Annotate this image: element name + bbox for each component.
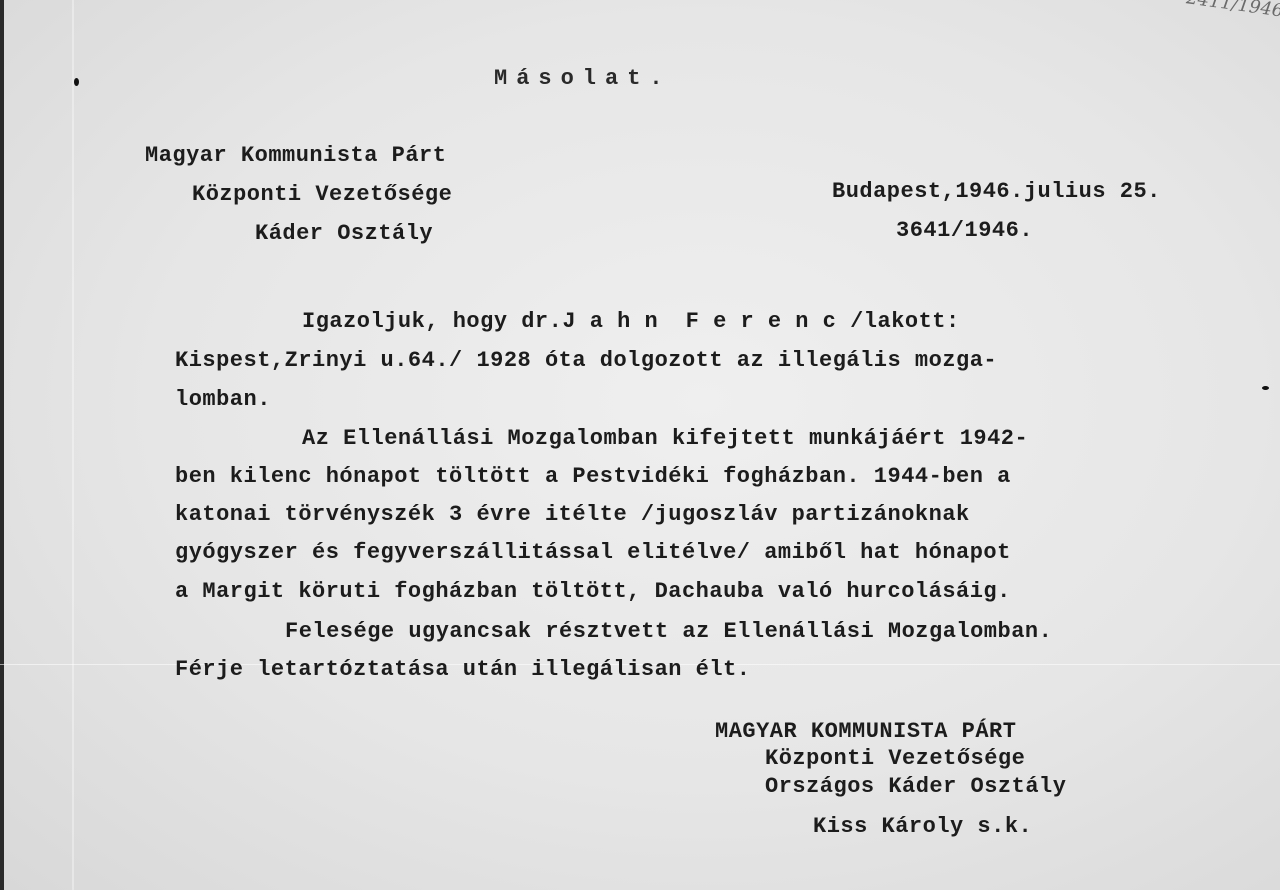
place-date: Budapest,1946.julius 25. [832,179,1161,205]
reference-number: 3641/1946. [896,218,1033,244]
body-line: Az Ellenállási Mozgalomban kifejtett mun… [302,426,1028,452]
sender-line-2: Központi Vezetősége [192,182,452,208]
paper-crease [72,0,74,890]
body-line: Férje letartóztatása után illegálisan él… [175,657,751,683]
body-line: katonai törvényszék 3 évre itélte /jugos… [175,502,970,528]
body-line: Felesége ugyancsak résztvett az Ellenáll… [285,619,1052,645]
scanned-document-page: 2411/1946 Másolat. Magyar Kommunista Pár… [0,0,1280,890]
sender-line-1: Magyar Kommunista Párt [145,143,446,169]
sender-line-3: Káder Osztály [255,221,433,247]
body-line: lomban. [175,387,271,413]
handwritten-note: 2411/1946 [1185,0,1280,22]
body-line: a Margit köruti fogházban töltött, Dacha… [175,579,1011,605]
signature-line-2: Központi Vezetősége [765,746,1025,772]
ink-speck [1262,386,1269,390]
body-line: Igazoljuk, hogy dr.J a h n F e r e n c /… [302,309,960,335]
document-title: Másolat. [494,66,672,92]
body-line: Kispest,Zrinyi u.64./ 1928 óta dolgozott… [175,348,997,374]
ink-speck [74,78,79,86]
body-line: gyógyszer és fegyverszállitással elitélv… [175,540,1011,566]
body-line: ben kilenc hónapot töltött a Pestvidéki … [175,464,1011,490]
signature-line-3: Országos Káder Osztály [765,774,1066,800]
signature-line-1: MAGYAR KOMMUNISTA PÁRT [715,719,1016,745]
signer-name: Kiss Károly s.k. [813,814,1032,840]
scan-edge [0,0,4,890]
